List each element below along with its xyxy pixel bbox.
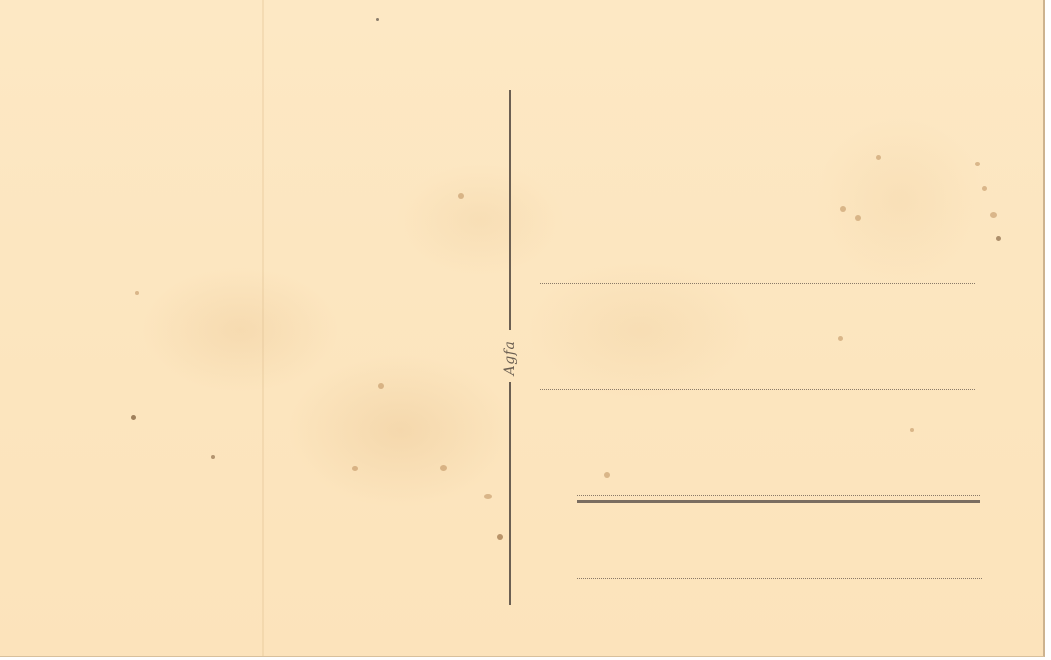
foxing-spot — [604, 472, 610, 478]
address-line-3-underline — [577, 500, 980, 503]
address-line-4 — [577, 578, 982, 579]
foxing-spot — [982, 186, 987, 191]
foxing-spot — [910, 428, 914, 432]
foxing-spot — [497, 534, 503, 540]
foxing-spot — [376, 18, 379, 21]
center-divider-bottom — [509, 382, 511, 605]
postcard-back: Agfa — [0, 0, 1045, 657]
foxing-spot — [996, 236, 1001, 241]
foxing-spot — [990, 212, 997, 218]
foxing-spot — [975, 162, 980, 166]
paper-crease — [262, 0, 264, 656]
address-line-3 — [577, 495, 980, 496]
foxing-spot — [440, 465, 447, 471]
foxing-spot — [131, 415, 136, 420]
foxing-spot — [838, 336, 843, 341]
address-line-1 — [540, 283, 975, 284]
address-line-2 — [540, 389, 975, 390]
center-divider-top — [509, 90, 511, 330]
foxing-spot — [352, 466, 358, 471]
foxing-spot — [378, 383, 384, 389]
foxing-spot — [458, 193, 464, 199]
foxing-spot — [211, 455, 215, 459]
brand-mark: Agfa — [492, 340, 528, 376]
foxing-spot — [135, 291, 139, 295]
foxing-spot — [484, 494, 492, 499]
foxing-spot — [876, 155, 881, 160]
foxing-spot — [840, 206, 846, 212]
foxing-spot — [855, 215, 861, 221]
